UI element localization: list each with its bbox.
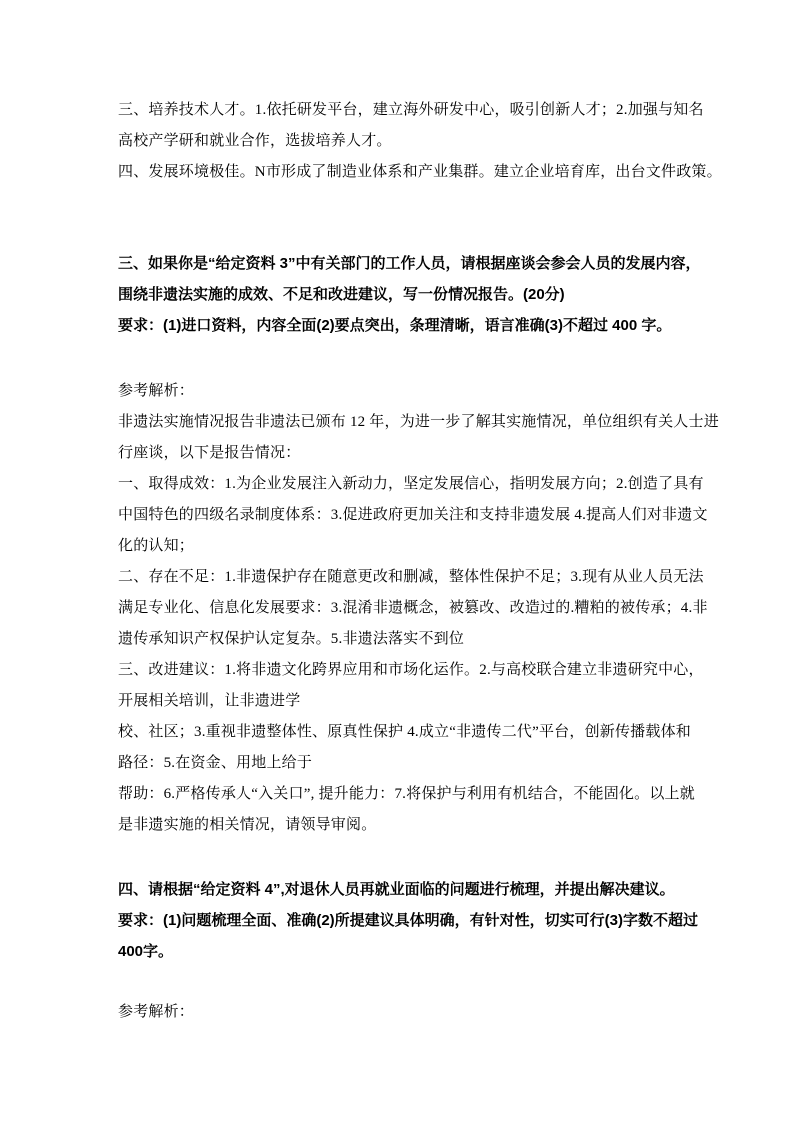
- analysis-line-9: 三、改进建议：1.将非遗文化跨界应用和市场化运作。2.与高校联合建立非遗研究中心…: [118, 655, 676, 686]
- question4-title-line: 四、请根据“给定资料 4”,对退休人员再就业面临的问题进行梳理，并提出解决建议。: [118, 874, 676, 905]
- analysis-line-1: 非遗法实施情况报告非遗法已颁布 12 年，为进一步了解其实施情况，单位组织有关人…: [118, 407, 676, 438]
- analysis-heading-2: 参考解析：: [118, 997, 676, 1028]
- material-line-3: 四、发展环境极佳。N市形成了制造业体系和产业集群。建立企业培育库，出台文件政策。: [118, 157, 676, 188]
- question3-title-line-2: 围绕非遗法实施的成效、不足和改进建议，写一份情况报告。(20分): [118, 279, 676, 310]
- analysis-line-12: 路径：5.在资金、用地上给于: [118, 748, 676, 779]
- material-line-2: 高校产学研和就业合作，选拔培养人才。: [118, 126, 676, 157]
- document-text-block: 三、培养技术人才。1.依托研发平台，建立海外研发中心，吸引创新人才；2.加强与知…: [118, 95, 676, 1028]
- question4-requirement-line-1: 要求：(1)问题梳理全面、准确(2)所提建议具体明确，有针对性，切实可行(3)字…: [118, 905, 676, 936]
- analysis-line-13: 帮助：6.严格传承人“入关口”, 提升能力：7.将保护与利用有机结合，不能固化。…: [118, 779, 676, 810]
- analysis-line-4: 中国特色的四级名录制度体系：3.促进政府更加关注和支持非遗发展 4.提高人们对非…: [118, 500, 676, 531]
- analysis-line-6: 二、存在不足：1.非遗保护存在随意更改和删减，整体性保护不足；3.现有从业人员无…: [118, 562, 676, 593]
- analysis-line-7: 满足专业化、信息化发展要求：3.混淆非遗概念，被篡改、改造过的.糟粕的被传承；4…: [118, 593, 676, 624]
- question3-title-line-1: 三、如果你是“给定资料 3”中有关部门的工作人员，请根据座谈会参会人员的发展内容…: [118, 248, 676, 279]
- analysis-line-8: 遗传承知识产权保护认定复杂。5.非遗法落实不到位: [118, 624, 676, 655]
- analysis-line-11: 校、社区；3.重视非遗整体性、原真性保护 4.成立“非遗传二代”平台，创新传播载…: [118, 717, 676, 748]
- analysis-line-2: 行座谈，以下是报告情况：: [118, 438, 676, 469]
- analysis-line-14: 是非遗实施的相关情况，请领导审阅。: [118, 810, 676, 841]
- material-line-1: 三、培养技术人才。1.依托研发平台，建立海外研发中心，吸引创新人才；2.加强与知…: [118, 95, 676, 126]
- question3-requirement-line: 要求：(1)进口资料，内容全面(2)要点突出，条理清晰，语言准确(3)不超过 4…: [118, 310, 676, 341]
- analysis-line-10: 开展相关培训，让非遗进学: [118, 686, 676, 717]
- document-page: 三、培养技术人才。1.依托研发平台，建立海外研发中心，吸引创新人才；2.加强与知…: [0, 0, 794, 1123]
- analysis-heading-1: 参考解析：: [118, 376, 676, 407]
- analysis-line-5: 化的认知；: [118, 531, 676, 562]
- question4-requirement-line-2: 400字。: [118, 936, 676, 967]
- analysis-line-3: 一、取得成效：1.为企业发展注入新动力，坚定发展信心，指明发展方向；2.创造了具…: [118, 469, 676, 500]
